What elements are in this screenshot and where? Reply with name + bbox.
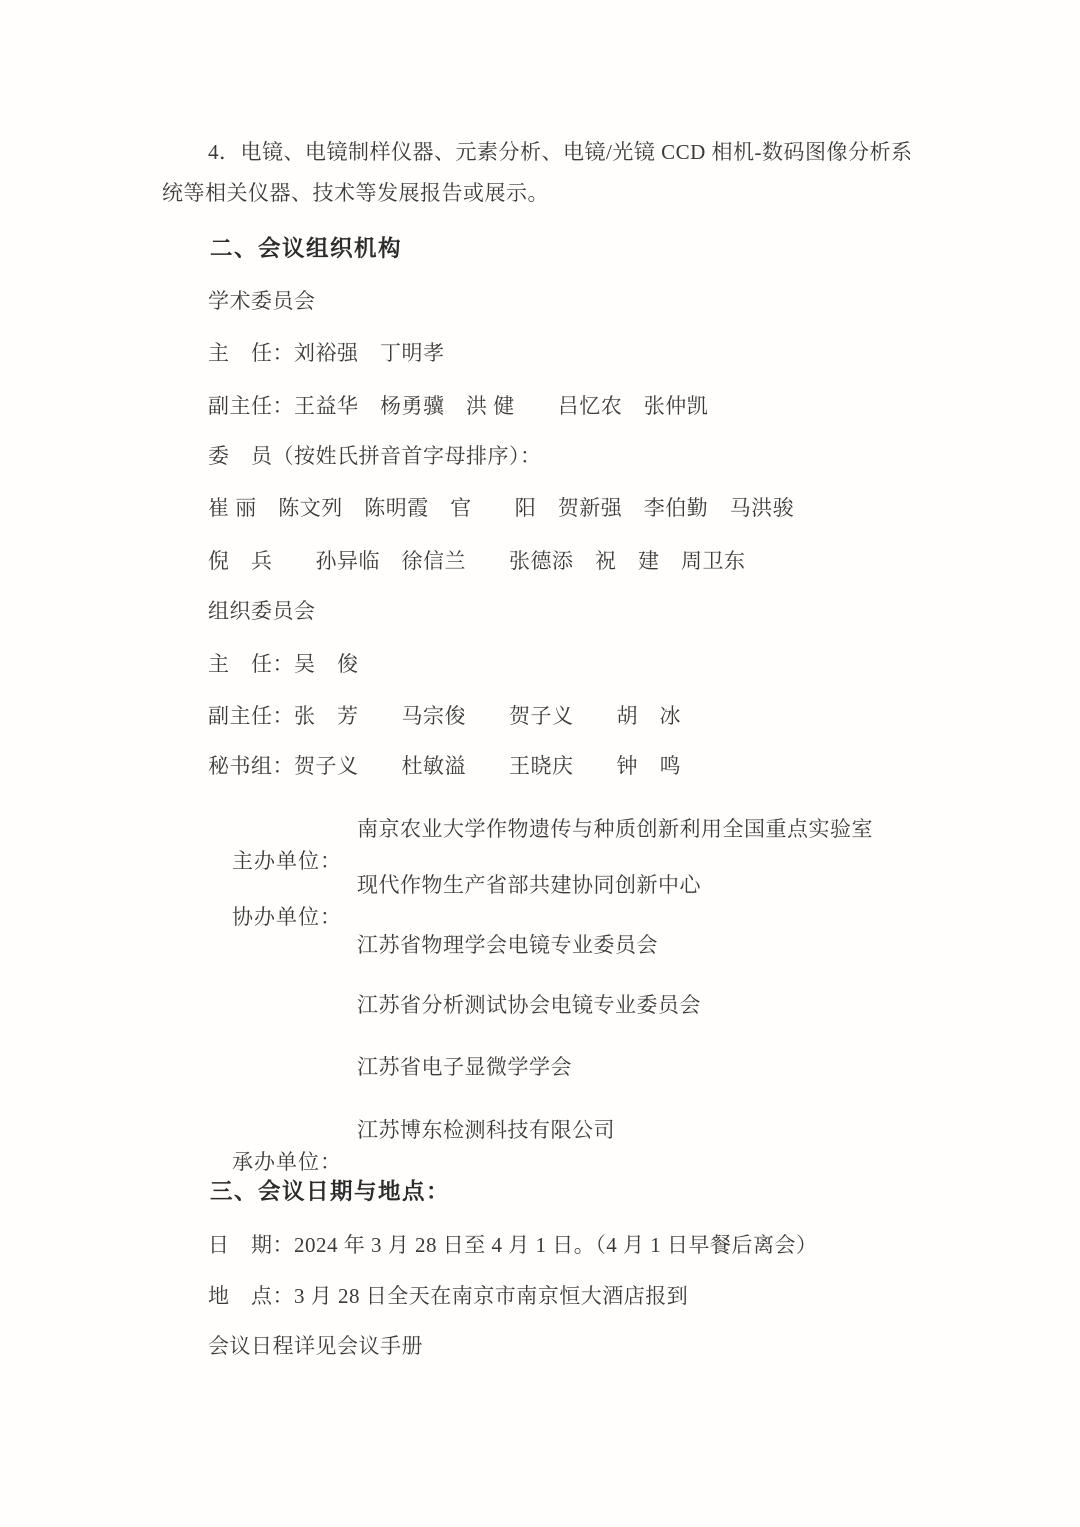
co-organizer-value-1: 现代作物生产省部共建协同创新中心 — [357, 869, 701, 901]
document-page: 4．电镜、电镜制样仪器、元素分析、电镜/光镜 CCD 相机-数码图像分析系 统等… — [0, 0, 1080, 1527]
academic-committee-members-line-2: 倪 兵 孙异临 徐信兰 张德添 祝 建 周卫东 — [208, 545, 746, 577]
date-line: 日 期：2024 年 3 月 28 日至 4 月 1 日。（4 月 1 日早餐后… — [208, 1229, 818, 1261]
host-organizer-value: 南京农业大学作物遗传与种质创新利用全国重点实验室 — [357, 813, 873, 845]
co-organizer-value-4: 江苏省电子显微学学会 — [357, 1051, 572, 1083]
academic-committee-title: 学术委员会 — [208, 285, 316, 317]
intro-paragraph-line-1: 4．电镜、电镜制样仪器、元素分析、电镜/光镜 CCD 相机-数码图像分析系 — [208, 136, 913, 168]
schedule-note-line: 会议日程详见会议手册 — [208, 1330, 423, 1362]
undertaker-label: 承办单位： — [232, 1146, 342, 1178]
section2-heading: 二、会议组织机构 — [210, 233, 402, 265]
co-organizer-label: 协办单位： — [232, 901, 342, 933]
organizing-committee-chair: 主 任：吴 俊 — [208, 648, 359, 680]
academic-committee-members-label: 委 员（按姓氏拼音首字母排序）： — [208, 440, 542, 472]
academic-committee-members-line-1: 崔 丽 陈文列 陈明霞 官 阳 贺新强 李伯勤 马洪骏 — [208, 492, 794, 524]
organizing-committee-secretariat: 秘书组：贺子义 杜敏溢 王晓庆 钟 鸣 — [208, 750, 681, 782]
academic-committee-vice-chairs: 副主任：王益华 杨勇骥 洪 健 吕忆农 张仲凯 — [208, 390, 708, 422]
academic-committee-chair: 主 任：刘裕强 丁明孝 — [208, 337, 445, 369]
organizing-committee-title: 组织委员会 — [208, 595, 316, 627]
organizing-committee-vice-chairs: 副主任：张 芳 马宗俊 贺子义 胡 冰 — [208, 700, 681, 732]
intro-paragraph-line-2: 统等相关仪器、技术等发展报告或展示。 — [162, 177, 549, 209]
co-organizer-value-2: 江苏省物理学会电镜专业委员会 — [357, 929, 658, 961]
co-organizer-row: 协办单位： 现代作物生产省部共建协同创新中心 — [209, 869, 342, 997]
section3-heading: 三、会议日期与地点： — [210, 1176, 450, 1208]
co-organizer-value-3: 江苏省分析测试协会电镜专业委员会 — [357, 989, 701, 1021]
undertaker-value: 江苏博东检测科技有限公司 — [357, 1114, 615, 1146]
location-line: 地 点：3 月 28 日全天在南京市南京恒大酒店报到 — [208, 1280, 688, 1312]
